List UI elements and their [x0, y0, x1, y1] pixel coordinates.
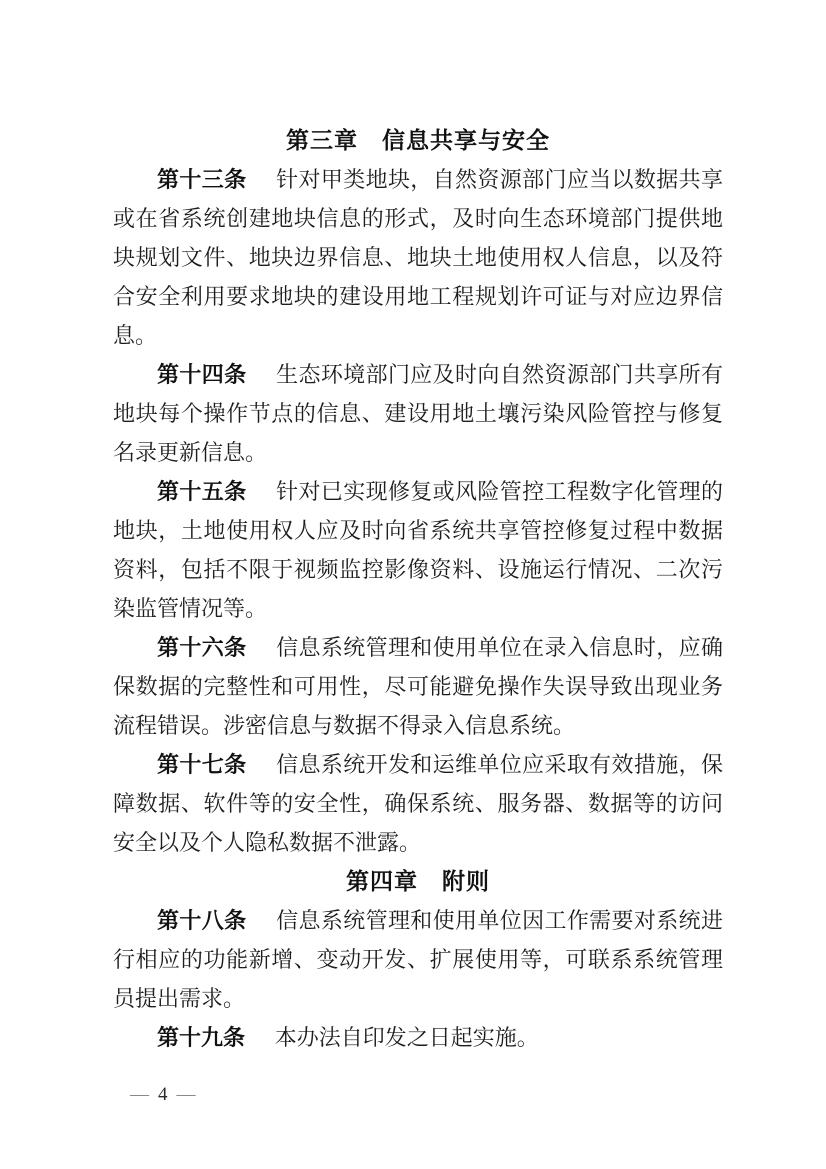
- article-13-text: 针对甲类地块，自然资源部门应当以数据共享或在省系统创建地块信息的形式，及时向生态…: [113, 167, 723, 348]
- page-footer: —4—: [130, 1083, 196, 1107]
- document-page: 第三章 信息共享与安全 第十三条针对甲类地块，自然资源部门应当以数据共享或在省系…: [0, 0, 826, 1169]
- article-19-text: 本办法自印发之日起实施。: [275, 1025, 539, 1050]
- chapter-3-heading: 第三章 信息共享与安全: [113, 121, 723, 160]
- article-13-number: 第十三条: [157, 167, 246, 192]
- article-19-paragraph: 第十九条本办法自印发之日起实施。: [113, 1018, 723, 1057]
- article-19-number: 第十九条: [157, 1025, 245, 1050]
- article-18-number: 第十八条: [157, 908, 246, 933]
- page-number: 4: [158, 1084, 168, 1105]
- article-18-paragraph: 第十八条信息系统管理和使用单位因工作需要对系统进行相应的功能新增、变动开发、扩展…: [113, 901, 723, 1018]
- article-13-paragraph: 第十三条针对甲类地块，自然资源部门应当以数据共享或在省系统创建地块信息的形式，及…: [113, 160, 723, 355]
- document-content: 第三章 信息共享与安全 第十三条针对甲类地块，自然资源部门应当以数据共享或在省系…: [113, 121, 723, 1057]
- article-14-paragraph: 第十四条生态环境部门应及时向自然资源部门共享所有地块每个操作节点的信息、建设用地…: [113, 355, 723, 472]
- article-17-number: 第十七条: [157, 752, 246, 777]
- footer-dash-left: —: [130, 1084, 149, 1105]
- article-16-paragraph: 第十六条信息系统管理和使用单位在录入信息时，应确保数据的完整性和可用性，尽可能避…: [113, 628, 723, 745]
- article-15-paragraph: 第十五条针对已实现修复或风险管控工程数字化管理的地块，土地使用权人应及时向省系统…: [113, 472, 723, 628]
- article-14-number: 第十四条: [157, 362, 246, 387]
- article-17-paragraph: 第十七条信息系统开发和运维单位应采取有效措施，保障数据、软件等的安全性，确保系统…: [113, 745, 723, 862]
- chapter-4-heading: 第四章 附则: [113, 862, 723, 901]
- footer-dash-right: —: [177, 1084, 196, 1105]
- article-15-number: 第十五条: [157, 479, 246, 504]
- article-16-number: 第十六条: [157, 635, 246, 660]
